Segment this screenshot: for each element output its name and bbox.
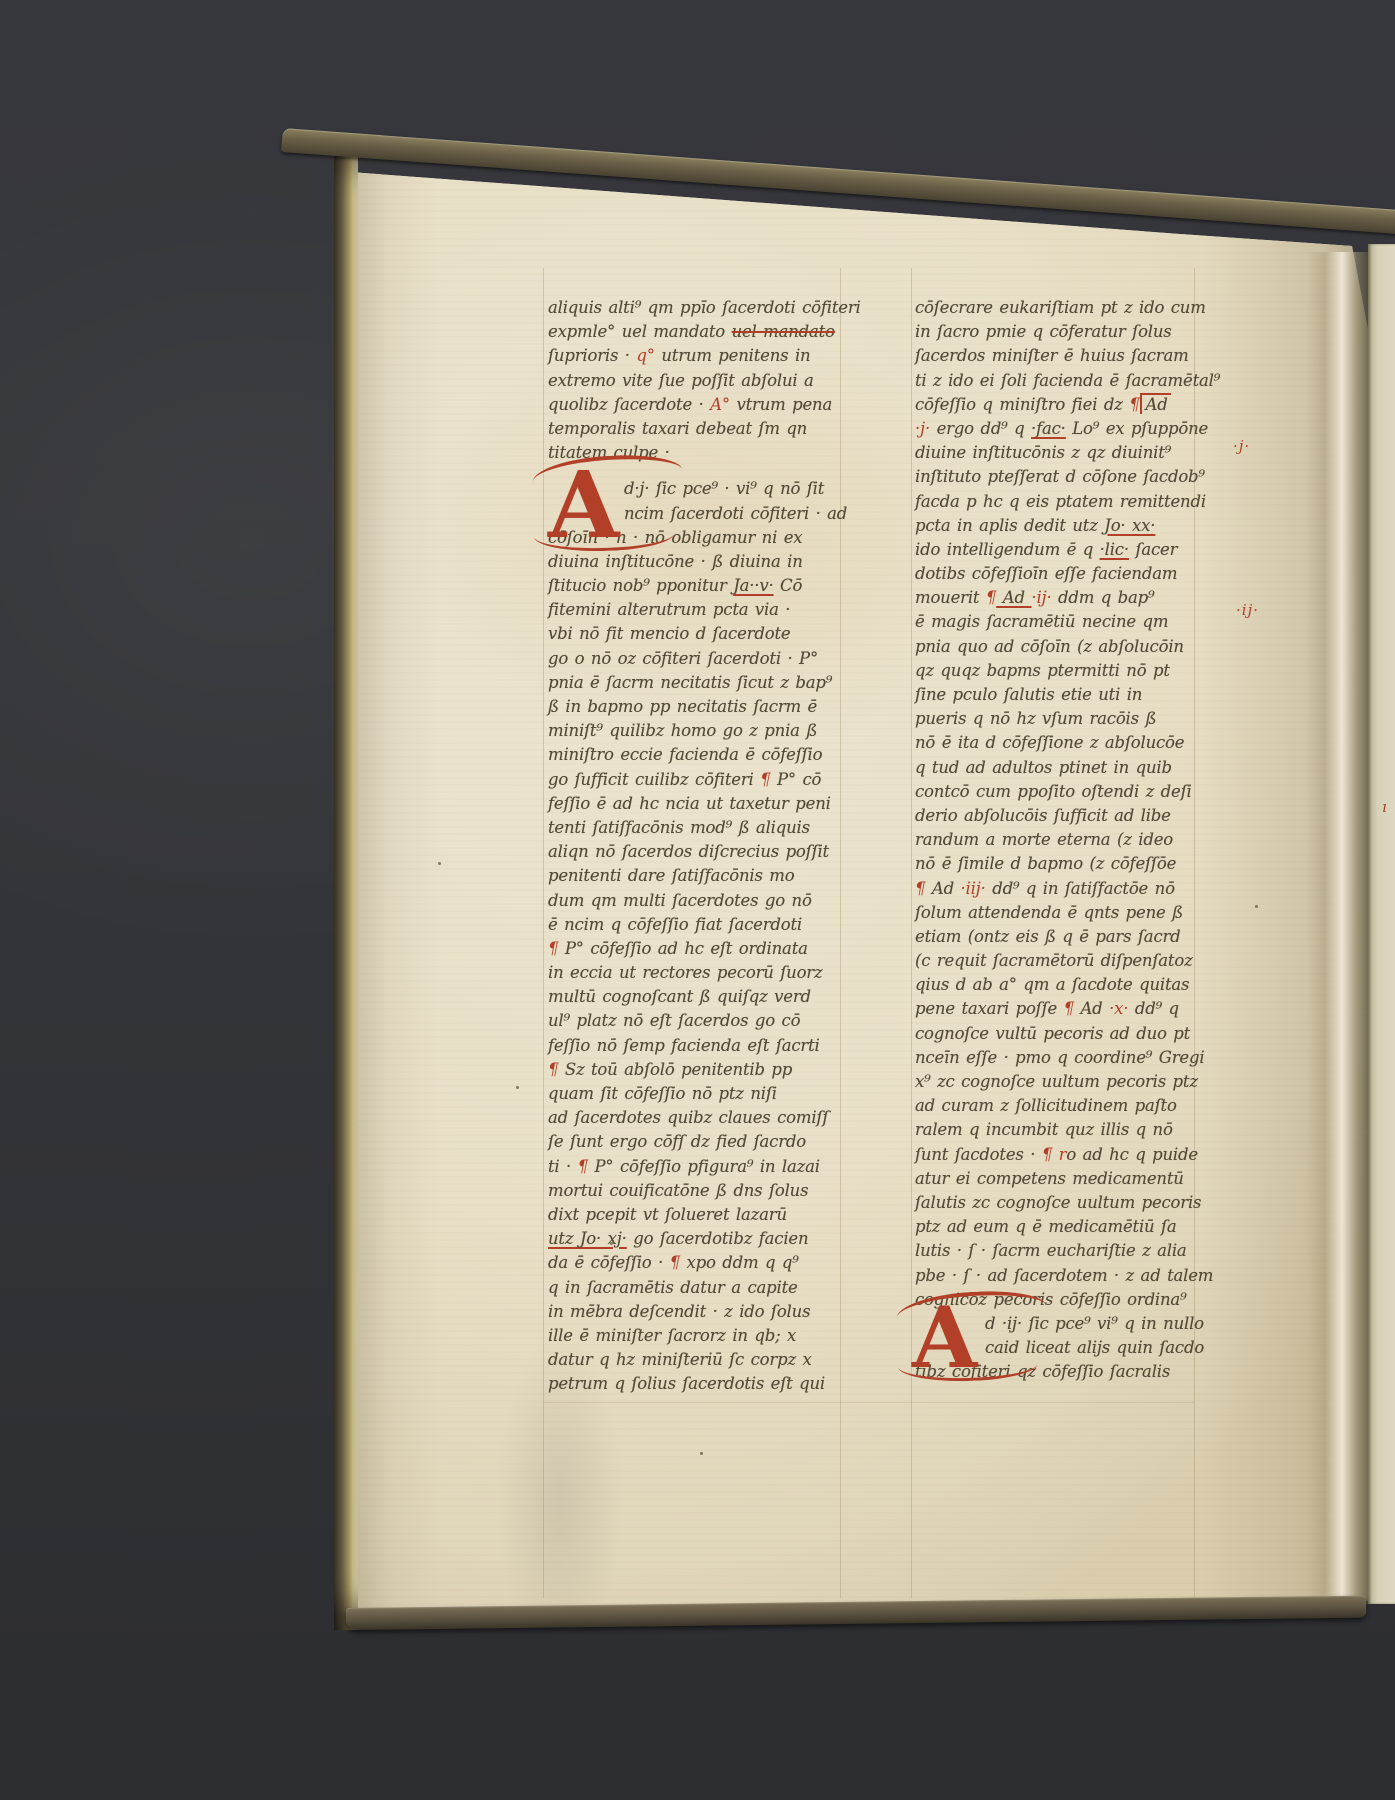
ink-text: ſunt ſacdotes · xyxy=(915,1145,1042,1164)
manuscript-text-line: pnia ē ſacrm necitatis ſicut z bap⁹ xyxy=(548,671,844,695)
manuscript-text-line: ſe ſunt ergo cōfſ dz fied ſacrdo xyxy=(548,1130,844,1154)
manuscript-text-line: pueris q nō hz vſum racōis ß xyxy=(915,707,1195,731)
manuscript-text-line: ptz ad eum q ē medicamētiū ſa xyxy=(915,1215,1195,1239)
manuscript-text-line: miniſt⁹ quilibz homo go z pnia ß xyxy=(548,719,844,743)
ink-text: petrum q ſolius ſacerdotis eſt qui xyxy=(548,1374,825,1393)
manuscript-text-line: ·j· ergo dd⁹ q ·fac· Lo⁹ ex pſuppōne xyxy=(915,417,1195,441)
manuscript-text-line: in ſacro pmie q cōferatur ſolus xyxy=(915,320,1195,344)
manuscript-text-line: datur q hz miniſteriū ſc corpz x xyxy=(548,1348,844,1372)
manuscript-text-line: ſunt ſacdotes · ¶ ro ad hc q puide xyxy=(915,1143,1195,1167)
ink-text: ido intelligendum ē q xyxy=(915,540,1100,559)
page-fore-edge xyxy=(1306,252,1368,1604)
ink-text: ddm q bap⁹ xyxy=(1052,588,1155,607)
ink-text: tenti ſatiſfacōnis mod⁹ ß aliquis xyxy=(548,818,810,837)
rubricated-text: ·fac· xyxy=(1031,419,1066,438)
ink-text: ille ē miniſter ſacrorz in qb; x xyxy=(548,1326,796,1345)
ink-text: atur ei competens medicamentū xyxy=(915,1169,1184,1188)
manuscript-text-line: aliqn nō ſacerdos diſcrecius poſſit xyxy=(548,840,844,864)
rubricated-text: ¶ xyxy=(578,1157,588,1176)
ink-text: ſolum attendenda ē qnts pene ß xyxy=(915,903,1183,922)
ink-text: xpo ddm q q⁹ xyxy=(680,1253,799,1272)
manuscript-text-line: ul⁹ platz nō eſt ſacerdos go cō xyxy=(548,1009,844,1033)
ink-text: ſuprioris · xyxy=(548,346,636,365)
ink-text: nō ē ſimile d bapmo (z cōfeſſōe xyxy=(915,854,1176,873)
ink-text: caid liceat alijs quin ſacdo xyxy=(985,1338,1204,1357)
ink-text: fitemini alterutrum pcta via · xyxy=(548,600,790,619)
manuscript-text-line: vbi nō fit mencio d ſacerdote xyxy=(548,622,844,646)
ink-text: extremo vite ſue poſſit abſolui a xyxy=(548,371,814,390)
ink-text: nceīn eſſe · pmo q coordine⁹ Gregi xyxy=(915,1048,1204,1067)
ink-text: ſacerdos miniſter ē huius ſacram xyxy=(915,346,1189,365)
manuscript-text-line: in mēbra deſcendit · z ido ſolus xyxy=(548,1300,844,1324)
ink-text: diuine inſtitucōnis z qz diuinit⁹ xyxy=(915,443,1171,462)
ink-text: in mēbra deſcendit · z ido ſolus xyxy=(548,1302,810,1321)
ink-text: aliqn nō ſacerdos diſcrecius poſſit xyxy=(548,842,829,861)
ink-text: lutis · ſ · ſacrm euchariſtie z alia xyxy=(915,1241,1187,1260)
manuscript-text-line: go ſufficit cuilibz cōfiteri ¶ P° cō xyxy=(548,768,844,792)
manuscript-text-line: inſtituto pteſſerat d cōſone ſacdob⁹ xyxy=(915,465,1195,489)
rubricated-text: Jo· xx· xyxy=(1104,516,1155,535)
ink-text: Lo⁹ ex pſuppōne xyxy=(1066,419,1208,438)
rubricated-text: utz Jo· xj· xyxy=(548,1229,627,1248)
rubricated-text: uel mandato xyxy=(732,322,835,341)
manuscript-text-line: ¶ P° cōfeſſio ad hc eſt ordinata xyxy=(548,937,844,961)
manuscript-text-line: petrum q ſolius ſacerdotis eſt qui xyxy=(548,1372,844,1396)
ink-text: quolibz ſacerdote · xyxy=(548,395,710,414)
ink-text: temporalis taxari debeat ſm qn xyxy=(548,419,807,438)
ink-text: mouerit xyxy=(915,588,986,607)
rubricated-text: ¶ xyxy=(670,1253,680,1272)
ink-text: facda p hc q eis ptatem remittendi xyxy=(915,492,1206,511)
ink-text: pcta in aplis dedit utz xyxy=(915,516,1104,535)
ink-text: qz quqz bapms ptermitti nō pt xyxy=(915,661,1170,680)
manuscript-text-line: cōfeſſio q miniſtro fiei dz ¶Ad xyxy=(915,393,1195,417)
manuscript-text-line: quolibz ſacerdote · A° vtrum pena xyxy=(548,393,844,417)
ink-text: pbe · ſ · ad ſacerdotem · z ad talem xyxy=(915,1266,1213,1285)
ink-text: quam ſit cōfeſſio nō ptz niſi xyxy=(548,1084,777,1103)
manuscript-text-line: aliquis alti⁹ qm ppīo ſacerdoti cōfiteri xyxy=(548,296,844,320)
manuscript-text-line: ¶ Sz toū abſolō penitentib pp xyxy=(548,1058,844,1082)
ink-text: feſſio ē ad hc ncia ut taxetur peni xyxy=(548,794,831,813)
ink-text: multū cognoſcant ß quiſqz verd xyxy=(548,987,811,1006)
manuscript-text-line: mouerit ¶ Ad ·ij· ddm q bap⁹ xyxy=(915,586,1195,610)
manuscript-text-line: atur ei competens medicamentū xyxy=(915,1167,1195,1191)
manuscript-text-line: facda p hc q eis ptatem remittendi xyxy=(915,490,1195,514)
manuscript-text-line: ſuprioris · q° utrum penitens in xyxy=(548,344,844,368)
ink-text: contcō cum ppoſito oſtendi z deſi xyxy=(915,782,1192,801)
ink-text: feſſio nō ſemp facienda eſt ſacrti xyxy=(548,1036,820,1055)
ink-text: go o nō oz cōfiteri ſacerdoti · P° xyxy=(548,649,818,668)
rubricated-text: Ad xyxy=(996,588,1031,607)
manuscript-text-line: pcta in aplis dedit utz Jo· xx· xyxy=(915,514,1195,538)
ink-speck xyxy=(700,1452,703,1455)
ruling-line-bottom xyxy=(543,1402,1194,1403)
ink-text: ti · xyxy=(548,1157,578,1176)
ink-text: inſtituto pteſſerat d cōſone ſacdob⁹ xyxy=(915,467,1205,486)
manuscript-text-line: contcō cum ppoſito oſtendi z deſi xyxy=(915,780,1195,804)
manuscript-text-line: q tud ad adultos ptinet in quib xyxy=(915,756,1195,780)
ink-text: (c requit ſacramētorū diſpenſatoz xyxy=(915,951,1193,970)
facing-page-edge xyxy=(1368,244,1395,1604)
ink-text: qius d ab a° qm a ſacdote quitas xyxy=(915,975,1189,994)
ink-text: dum qm multi ſacerdotes go nō xyxy=(548,891,812,910)
ink-text: x⁹ zc cognoſce uultum pecoris ptz xyxy=(915,1072,1198,1091)
ink-text: ptz ad eum q ē medicamētiū ſa xyxy=(915,1217,1177,1236)
ink-text: ti z ido ei ſoli facienda ē ſacramētal⁹ xyxy=(915,371,1220,390)
ink-text: ē magis ſacramētiū necine qm xyxy=(915,612,1168,631)
manuscript-text-line: pene taxari poſſe ¶ Ad ·x· dd⁹ q xyxy=(915,997,1195,1021)
manuscript-text-line: temporalis taxari debeat ſm qn xyxy=(548,417,844,441)
ink-text: cōſecrare eukariſtiam pt z ido cum xyxy=(915,298,1206,317)
ink-text: ul⁹ platz nō eſt ſacerdos go cō xyxy=(548,1011,800,1030)
rubricated-text: ·x· xyxy=(1109,999,1128,1018)
ink-text: randum a morte eterna (z ideo xyxy=(915,830,1173,849)
ruling-line-right-col-left xyxy=(911,268,912,1598)
rubricated-text: ¶ r xyxy=(1042,1145,1067,1164)
manuscript-text-line: dotibs cōfeſſioīn eſſe faciendam xyxy=(915,562,1195,586)
rubricated-text: ¶ xyxy=(915,879,925,898)
manuscript-text-line: etiam (ontz eis ß q ē pars ſacrd xyxy=(915,925,1195,949)
ink-speck xyxy=(438,862,441,865)
ink-text: cognoſce vultū pecoris ad duo pt xyxy=(915,1024,1190,1043)
rubricated-text: ¶ xyxy=(548,939,558,958)
ink-text: penitenti dare ſatiſfacōnis mo xyxy=(548,866,794,885)
ink-text: miniſt⁹ quilibz homo go z pnia ß xyxy=(548,721,817,740)
manuscript-text-line: diuine inſtitucōnis z qz diuinit⁹ xyxy=(915,441,1195,465)
ink-text: ergo dd⁹ q xyxy=(937,419,1031,438)
manuscript-text-line: ti z ido ei ſoli facienda ē ſacramētal⁹ xyxy=(915,369,1195,393)
ink-text: mortui couificatōne ß dns ſolus xyxy=(548,1181,808,1200)
ink-text: ē ncim q cōfeſſio fiat ſacerdoti xyxy=(548,915,802,934)
photo-background: aliquis alti⁹ qm ppīo ſacerdoti cōfiteri… xyxy=(0,0,1395,1800)
ruling-line-left xyxy=(543,268,544,1598)
ink-text: q in ſacramētis datur a capite xyxy=(548,1278,798,1297)
manuscript-text-line: q in ſacramētis datur a capite xyxy=(548,1276,844,1300)
ink-text: aliquis alti⁹ qm ppīo ſacerdoti cōfiteri xyxy=(548,298,861,317)
ink-text: ſacer xyxy=(1129,540,1177,559)
ink-text: Sz toū abſolō penitentib pp xyxy=(558,1060,792,1079)
ink-text: vtrum pena xyxy=(730,395,832,414)
manuscript-text-line: pnia quo ad cōſoīn (z abſolucōin xyxy=(915,635,1195,659)
manuscript-text-line: ille ē miniſter ſacrorz in qb; x xyxy=(548,1324,844,1348)
ink-text: ralem q incumbit quz illis q nō xyxy=(915,1120,1173,1139)
manuscript-text-line: feſſio ē ad hc ncia ut taxetur peni xyxy=(548,792,844,816)
ink-text: pueris q nō hz vſum racōis ß xyxy=(915,709,1156,728)
manuscript-text-line: go o nō oz cōfiteri ſacerdoti · P° xyxy=(548,647,844,671)
manuscript-text-line: derio abſolucōis ſufficit ad libe xyxy=(915,804,1195,828)
manuscript-text-line: ¶ Ad ·iij· dd⁹ q in ſatiſfactōe nō xyxy=(915,877,1195,901)
manuscript-text-line: cōſecrare eukariſtiam pt z ido cum xyxy=(915,296,1195,320)
ink-text: vbi nō fit mencio d ſacerdote xyxy=(548,624,790,643)
ink-text: ad curam z ſollicitudinem paſto xyxy=(915,1096,1177,1115)
manuscript-text-line: dum qm multi ſacerdotes go nō xyxy=(548,889,844,913)
ink-text: expmle° uel mandato xyxy=(548,322,732,341)
rubricated-text: ·lic· xyxy=(1100,540,1129,559)
ink-text: o ad hc q puide xyxy=(1066,1145,1198,1164)
ink-speck xyxy=(1255,905,1258,908)
ink-text: ſe ſunt ergo cōfſ dz fied ſacrdo xyxy=(548,1132,806,1151)
ink-text: dd⁹ q xyxy=(1128,999,1179,1018)
manuscript-text-line: nō ē ſimile d bapmo (z cōfeſſōe xyxy=(915,852,1195,876)
rubricated-text: Ad xyxy=(1140,393,1171,414)
manuscript-text-line: multū cognoſcant ß quiſqz verd xyxy=(548,985,844,1009)
ink-text: ſtitucio nob⁹ pponitur xyxy=(548,576,733,595)
manuscript-text-line: nō ē ita d cōfeſſione z abſolucōe xyxy=(915,731,1195,755)
ink-text: ß in bapmo pp necitatis ſacrm ē xyxy=(548,697,817,716)
rubricated-text: ¶ xyxy=(1129,395,1139,414)
manuscript-text-line: ido intelligendum ē q ·lic· ſacer xyxy=(915,538,1195,562)
ink-text: datur q hz miniſteriū ſc corpz x xyxy=(548,1350,812,1369)
rubricated-text: ·ij· xyxy=(1031,588,1051,607)
ink-text: dixt pcepit vt ſolueret lazarū xyxy=(548,1205,787,1224)
rubricated-text: A° xyxy=(710,395,730,414)
manuscript-text-line: miniſtro eccie facienda ē cōfeſſio xyxy=(548,743,844,767)
ink-text: ncim ſacerdoti cōfiteri · ad xyxy=(624,504,847,523)
ink-text: d ·ij· ſic pce⁹ vi⁹ q in nullo xyxy=(985,1314,1204,1333)
manuscript-text-line: extremo vite ſue poſſit abſolui a xyxy=(548,369,844,393)
rubricated-text: ¶ xyxy=(986,588,996,607)
ink-text: nō ē ita d cōfeſſione z abſolucōe xyxy=(915,733,1184,752)
ink-text: Cō xyxy=(774,576,803,595)
manuscript-text-line: utz Jo· xj· go ſacerdotibz facien xyxy=(548,1227,844,1251)
manuscript-text-line: ad ſacerdotes quibz claues comiſſ xyxy=(548,1106,844,1130)
book-spine-left-edge xyxy=(334,148,358,1630)
rubricated-text: Ja··v· xyxy=(733,576,773,595)
ink-text: P° cōfeſſio ad hc eſt ordinata xyxy=(558,939,807,958)
manuscript-text-line: quam ſit cōfeſſio nō ptz niſi xyxy=(548,1082,844,1106)
margin-numeral: ·j· xyxy=(1233,437,1250,455)
ink-text: pene taxari poſſe xyxy=(915,999,1064,1018)
ink-text: Ad xyxy=(1074,999,1109,1018)
ink-text: ſine pculo ſalutis etie uti in xyxy=(915,685,1142,704)
ink-text: pnia quo ad cōſoīn (z abſolucōin xyxy=(915,637,1184,656)
manuscript-text-line: lutis · ſ · ſacrm euchariſtie z alia xyxy=(915,1239,1195,1263)
ink-text: dd⁹ q in ſatiſfactōe nō xyxy=(986,879,1175,898)
manuscript-text-line: ſalutis zc cognoſce uultum pecoris xyxy=(915,1191,1195,1215)
ink-text: pnia ē ſacrm necitatis ſicut z bap⁹ xyxy=(548,673,832,692)
manuscript-text-line: qius d ab a° qm a ſacdote quitas xyxy=(915,973,1195,997)
manuscript-text-line: ſine pculo ſalutis etie uti in xyxy=(915,683,1195,707)
ink-text: in eccia ut rectores pecorū ſuorz xyxy=(548,963,823,982)
margin-numeral: ı xyxy=(1382,798,1388,816)
manuscript-text-line: ſolum attendenda ē qnts pene ß xyxy=(915,901,1195,925)
manuscript-text-line: ti · ¶ P° cōfeſſio pfigura⁹ in lazai xyxy=(548,1155,844,1179)
ink-text: utrum penitens in xyxy=(655,346,811,365)
manuscript-text-line: mortui couificatōne ß dns ſolus xyxy=(548,1179,844,1203)
rubricated-text: ¶ xyxy=(548,1060,558,1079)
rubricated-text: q° xyxy=(636,346,654,365)
ink-text: go ſacerdotibz facien xyxy=(627,1229,809,1248)
rubricated-text: ¶ xyxy=(760,770,770,789)
ink-text: d·j· ſic pce⁹ · vi⁹ q nō ſit xyxy=(624,479,824,498)
ink-text: Ad xyxy=(925,879,960,898)
manuscript-text-line: tenti ſatiſfacōnis mod⁹ ß aliquis xyxy=(548,816,844,840)
manuscript-text-line: qz quqz bapms ptermitti nō pt xyxy=(915,659,1195,683)
ink-text: derio abſolucōis ſufficit ad libe xyxy=(915,806,1171,825)
manuscript-text-line: ē ncim q cōfeſſio fiat ſacerdoti xyxy=(548,913,844,937)
manuscript-text-line: ß in bapmo pp necitatis ſacrm ē xyxy=(548,695,844,719)
ink-text: P° cō xyxy=(770,770,821,789)
manuscript-text-line: da ē cōfeſſio · ¶ xpo ddm q q⁹ xyxy=(548,1251,844,1275)
ink-text: cōfeſſio q miniſtro fiei dz xyxy=(915,395,1129,414)
manuscript-text-line: ſacerdos miniſter ē huius ſacram xyxy=(915,344,1195,368)
rubricated-text: ·j· xyxy=(915,419,937,438)
ink-text: ad ſacerdotes quibz claues comiſſ xyxy=(548,1108,828,1127)
manuscript-text-line: ralem q incumbit quz illis q nō xyxy=(915,1118,1195,1142)
manuscript-text-line: randum a morte eterna (z ideo xyxy=(915,828,1195,852)
ink-text: da ē cōfeſſio · xyxy=(548,1253,670,1272)
manuscript-text-line: penitenti dare ſatiſfacōnis mo xyxy=(548,864,844,888)
manuscript-text-line: feſſio nō ſemp facienda eſt ſacrti xyxy=(548,1034,844,1058)
manuscript-text-line: nceīn eſſe · pmo q coordine⁹ Gregi xyxy=(915,1046,1195,1070)
ink-text: go ſufficit cuilibz cōfiteri xyxy=(548,770,760,789)
margin-numeral: ·ij· xyxy=(1236,601,1259,619)
text-column-right: cōſecrare eukariſtiam pt z ido cumin ſac… xyxy=(915,296,1195,1384)
ink-text: P° cōfeſſio pfigura⁹ in lazai xyxy=(588,1157,820,1176)
ink-text: dotibs cōfeſſioīn eſſe faciendam xyxy=(915,564,1177,583)
rubricated-initial: A xyxy=(548,468,619,543)
manuscript-text-line: fitemini alterutrum pcta via · xyxy=(548,598,844,622)
manuscript-text-line: dixt pcepit vt ſolueret lazarū xyxy=(548,1203,844,1227)
ink-text: miniſtro eccie facienda ē cōfeſſio xyxy=(548,745,822,764)
rubricated-initial: A xyxy=(912,1304,977,1373)
ink-speck xyxy=(516,1086,519,1089)
manuscript-text-line: x⁹ zc cognoſce uultum pecoris ptz xyxy=(915,1070,1195,1094)
manuscript-text-line: in eccia ut rectores pecorū ſuorz xyxy=(548,961,844,985)
ink-text: in ſacro pmie q cōferatur ſolus xyxy=(915,322,1172,341)
manuscript-text-line: (c requit ſacramētorū diſpenſatoz xyxy=(915,949,1195,973)
ink-text: ſalutis zc cognoſce uultum pecoris xyxy=(915,1193,1201,1212)
manuscript-text-line: ē magis ſacramētiū necine qm xyxy=(915,610,1195,634)
ink-text: q tud ad adultos ptinet in quib xyxy=(915,758,1172,777)
manuscript-text-line: pbe · ſ · ad ſacerdotem · z ad talem xyxy=(915,1264,1195,1288)
rubricated-text: ·iij· xyxy=(960,879,985,898)
manuscript-text-line: cognoſce vultū pecoris ad duo pt xyxy=(915,1022,1195,1046)
manuscript-text-line: ſtitucio nob⁹ pponitur Ja··v· Cō xyxy=(548,574,844,598)
manuscript-text-line: ad curam z ſollicitudinem paſto xyxy=(915,1094,1195,1118)
ink-speck xyxy=(610,1242,613,1245)
manuscript-text-line: expmle° uel mandato uel mandato xyxy=(548,320,844,344)
ink-text: etiam (ontz eis ß q ē pars ſacrd xyxy=(915,927,1181,946)
rubricated-text: ¶ xyxy=(1064,999,1074,1018)
